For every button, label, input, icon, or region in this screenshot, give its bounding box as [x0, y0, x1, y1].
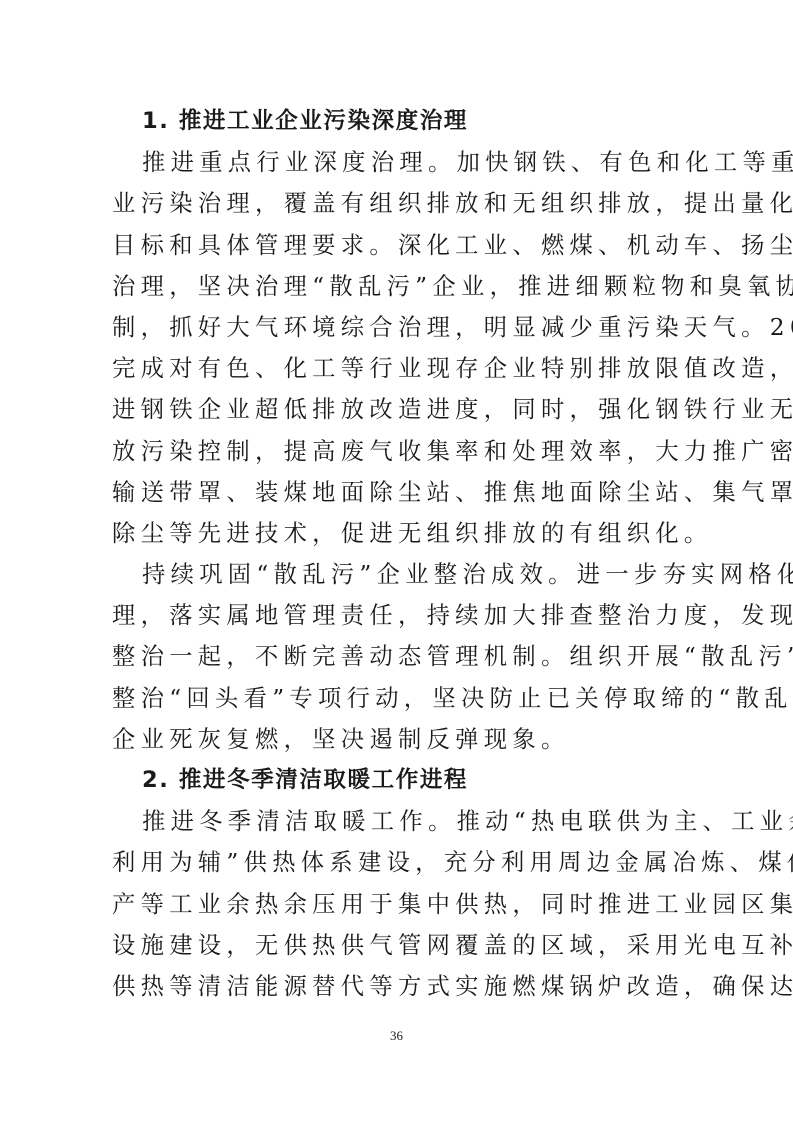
document-page: 1. 推进工业企业污染深度治理 推进重点行业深度治理。加快钢铁、有色和化工等重点… — [112, 101, 686, 1007]
paragraph-line: 进钢铁企业超低排放改造进度，同时，强化钢铁行业无组织排 — [112, 389, 686, 430]
paragraph-line: 除尘等先进技术，促进无组织排放的有组织化。 — [112, 513, 686, 554]
section-heading-2: 2. 推进冬季清洁取暖工作进程 — [112, 760, 686, 801]
paragraph-line: 利用为辅”供热体系建设，充分利用周边金属冶炼、煤化工生 — [112, 842, 686, 883]
paragraph-line: 整治一起，不断完善动态管理机制。组织开展“散乱污”企业 — [112, 636, 686, 677]
paragraph-line: 业污染治理，覆盖有组织排放和无组织排放，提出量化的减排 — [112, 183, 686, 224]
paragraph-line: 推进冬季清洁取暖工作。推动“热电联供为主、工业余热 — [112, 801, 686, 842]
paragraph-line: 持续巩固“散乱污”企业整治成效。进一步夯实网格化管 — [112, 554, 686, 595]
paragraph-line: 目标和具体管理要求。深化工业、燃煤、机动车、扬尘等污染 — [112, 225, 686, 266]
paragraph-line: 治理，坚决治理“散乱污”企业，推进细颗粒物和臭氧协同控 — [112, 266, 686, 307]
paragraph-line: 放污染控制，提高废气收集率和处理效率，大力推广密闭仓储、 — [112, 431, 686, 472]
paragraph-line: 制，抓好大气环境综合治理，明显减少重污染天气。2025 年前 — [112, 307, 686, 348]
paragraph-line: 供热等清洁能源替代等方式实施燃煤锅炉改造，确保达标排 — [112, 966, 686, 1007]
paragraph-1: 推进重点行业深度治理。加快钢铁、有色和化工等重点行 业污染治理，覆盖有组织排放和… — [112, 142, 686, 554]
paragraph-line: 完成对有色、化工等行业现存企业特别排放限值改造，加快推 — [112, 348, 686, 389]
paragraph-3: 推进冬季清洁取暖工作。推动“热电联供为主、工业余热 利用为辅”供热体系建设，充分… — [112, 801, 686, 1007]
paragraph-line: 整治“回头看”专项行动，坚决防止已关停取缔的“散乱污” — [112, 678, 686, 719]
paragraph-line: 推进重点行业深度治理。加快钢铁、有色和化工等重点行 — [112, 142, 686, 183]
paragraph-line: 企业死灰复燃，坚决遏制反弹现象。 — [112, 719, 686, 760]
section-heading-1: 1. 推进工业企业污染深度治理 — [112, 101, 686, 142]
page-number: 36 — [0, 1028, 793, 1044]
paragraph-line: 输送带罩、装煤地面除尘站、推焦地面除尘站、集气罩+布袋 — [112, 472, 686, 513]
paragraph-line: 设施建设，无供热供气管网覆盖的区域，采用光电互补、移动 — [112, 925, 686, 966]
paragraph-2: 持续巩固“散乱污”企业整治成效。进一步夯实网格化管 理，落实属地管理责任，持续加… — [112, 554, 686, 760]
paragraph-line: 理，落实属地管理责任，持续加大排查整治力度，发现一起、 — [112, 595, 686, 636]
paragraph-line: 产等工业余热余压用于集中供热，同时推进工业园区集中供气 — [112, 884, 686, 925]
